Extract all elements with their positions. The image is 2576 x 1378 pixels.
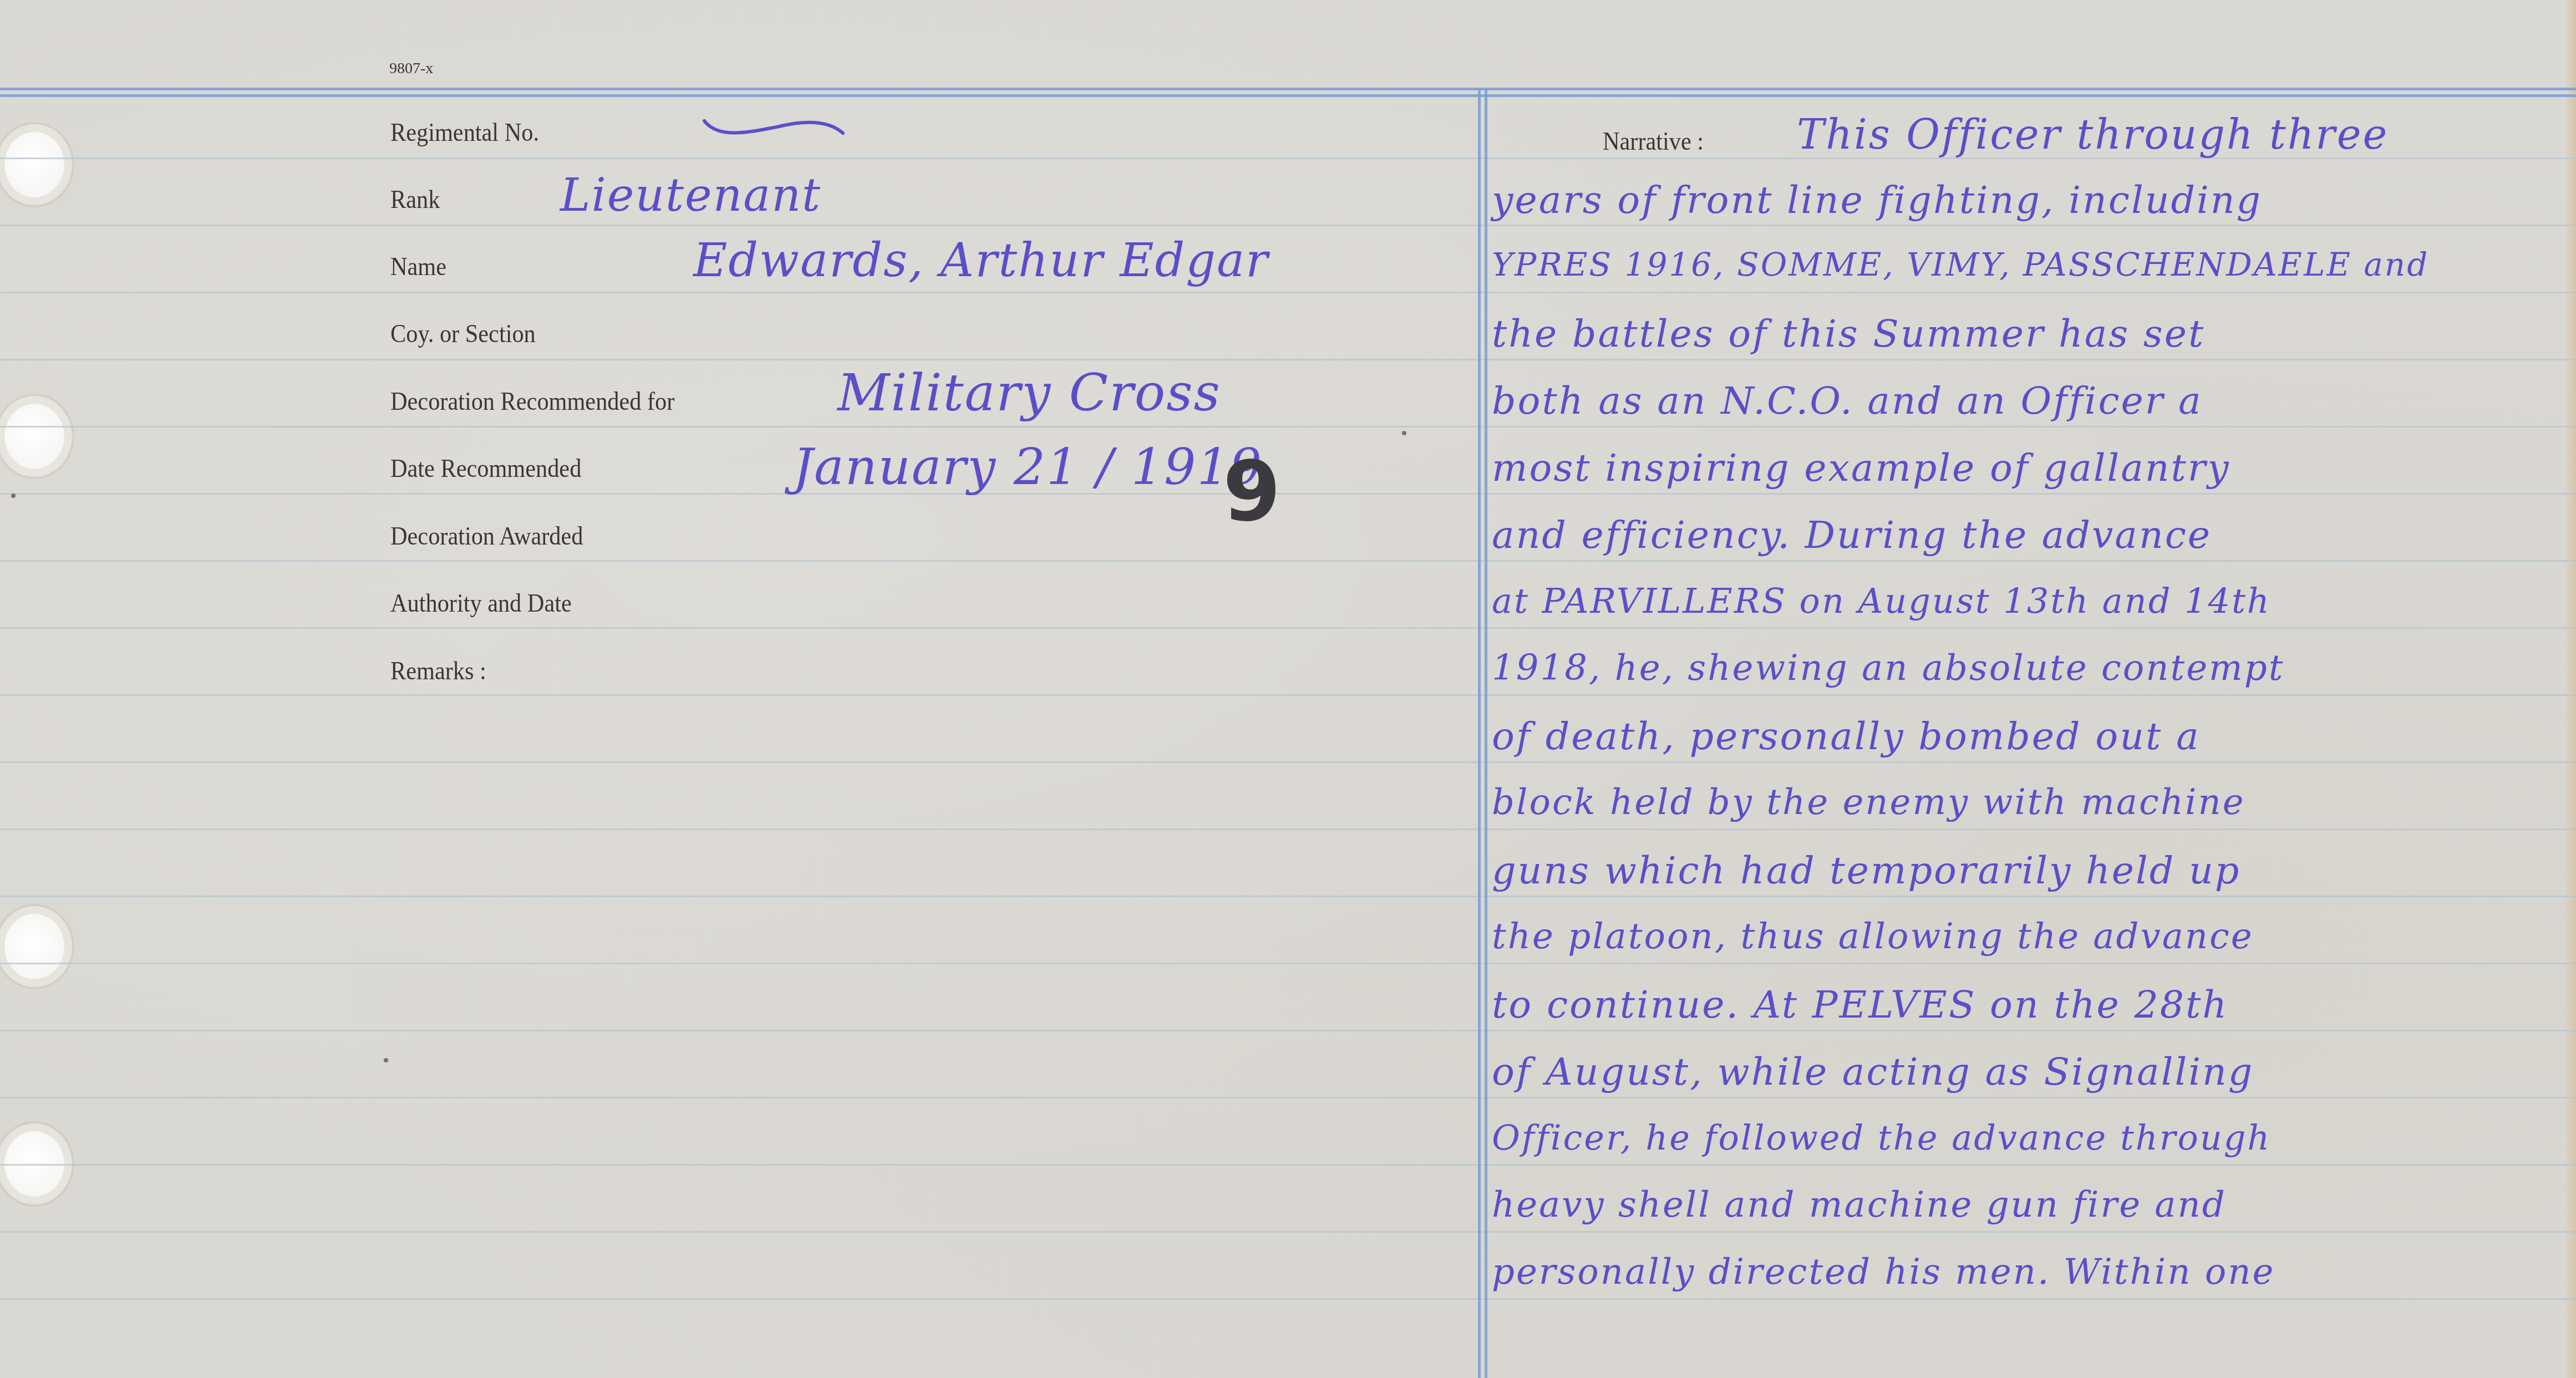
paper-speck (384, 1058, 388, 1062)
ruled-line (0, 627, 2576, 629)
narrative-line: personally directed his men. Within one (1492, 1252, 2275, 1293)
ruled-line (0, 1164, 2576, 1166)
field-label-decoration-awarded: Decoration Awarded (390, 521, 583, 551)
ruled-line (0, 359, 2576, 360)
ruled-line (0, 292, 2576, 293)
ruled-line (0, 1231, 2576, 1233)
narrative-line: YPRES 1916, SOMME, VIMY, PASSCHENDAELE a… (1492, 246, 2429, 283)
ruled-line (0, 426, 2576, 428)
field-value-rank: Lieutenant (560, 169, 821, 222)
narrative-line: years of front line fighting, including (1492, 179, 2262, 222)
narrative-line: the platoon, thus allowing the advance (1492, 916, 2254, 957)
ruled-line (0, 963, 2576, 964)
narrative-line: This Officer through three (1797, 111, 2389, 159)
field-label-date-recommended: Date Recommended (390, 454, 581, 483)
narrative-line: most inspiring example of gallantry (1492, 446, 2230, 490)
ruled-line (0, 896, 2576, 897)
narrative-line: both as an N.C.O. and an Officer a (1492, 379, 2202, 423)
header-rule (0, 88, 2576, 90)
regimental-no-dash (702, 116, 846, 139)
ruled-line (0, 1030, 2576, 1031)
field-label-rank: Rank (390, 185, 440, 214)
narrative-line: to continue. At PELVES on the 28th (1492, 983, 2228, 1027)
ruled-line (0, 1298, 2576, 1300)
binder-hole (4, 914, 64, 979)
ruled-line (0, 828, 2576, 830)
field-label-coy-section: Coy. or Section (390, 319, 536, 348)
paper-speck (1402, 431, 1406, 435)
field-label-remarks: Remarks : (390, 656, 486, 685)
column-divider (1485, 89, 1487, 1378)
field-label-regimental-no: Regimental No. (390, 118, 539, 147)
narrative-line: of August, while acting as Signalling (1492, 1050, 2254, 1094)
ruled-line (0, 761, 2576, 763)
field-value-date-recommended: January 21 / 1919 (793, 438, 1263, 496)
narrative-line: 1918, he, shewing an absolute contempt (1492, 648, 2284, 689)
form-code: 9807-x (389, 60, 433, 78)
ruled-line (0, 560, 2576, 562)
header-rule (0, 94, 2576, 97)
field-value-decoration-recommended: Military Cross (837, 363, 1221, 423)
narrative-line: heavy shell and machine gun fire and (1492, 1184, 2227, 1226)
pencil-correction: 9 (1223, 444, 1281, 540)
narrative-line: and efficiency. During the advance (1492, 513, 2212, 557)
narrative-line: Officer, he followed the advance through (1492, 1117, 2271, 1158)
ruled-line (0, 225, 2576, 226)
narrative-line: the battles of this Summer has set (1492, 312, 2205, 356)
paper-speck (11, 494, 16, 498)
card-edge (2565, 0, 2576, 1378)
field-value-name: Edwards, Arthur Edgar (693, 233, 1269, 287)
field-label-decoration-recommended: Decoration Recommended for (390, 387, 674, 416)
narrative-line: guns which had temporarily held up (1492, 849, 2240, 893)
narrative-line: of death, personally bombed out a (1492, 715, 2200, 759)
binder-hole (4, 404, 64, 469)
column-divider (1478, 89, 1481, 1378)
field-label-name: Name (390, 252, 446, 281)
narrative-line: at PARVILLERS on August 13th and 14th (1492, 581, 2271, 621)
narrative-label: Narrative : (1603, 126, 1704, 156)
field-label-authority-date: Authority and Date (390, 588, 572, 618)
narrative-line: block held by the enemy with machine (1492, 782, 2245, 823)
ruled-line (0, 493, 2576, 495)
binder-hole (4, 132, 64, 197)
ruled-line (0, 1097, 2576, 1099)
ruled-line (0, 694, 2576, 696)
